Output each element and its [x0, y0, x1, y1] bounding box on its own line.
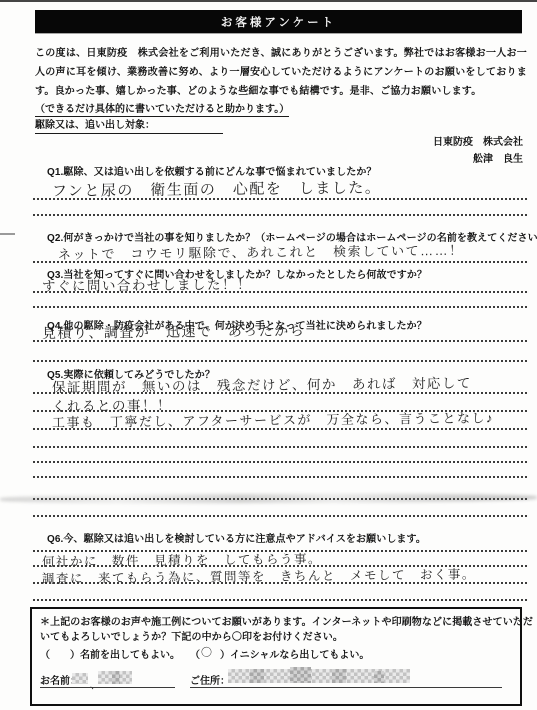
- redacted-name-mosaic: [98, 671, 132, 684]
- scanned-survey-document: お客様アンケート この度は、日東防疫 株式会社をご利用いただき、誠にありがとうご…: [0, 0, 537, 710]
- blank-line: [33, 461, 527, 463]
- title-banner: お客様アンケート: [35, 10, 522, 33]
- handwritten-answer-q2: ネットで コウモリ駆除で、あれこれと 検索していて……！: [58, 240, 464, 263]
- target-field: 駆除又は、追い出し対象：: [35, 116, 223, 134]
- handwritten-answer-q3: すぐに問い合わせしました！！: [42, 273, 252, 295]
- intro-paragraph: この度は、日東防疫 株式会社をご利用いただき、誠にありがとうございます。弊社では…: [35, 44, 527, 101]
- blank-line: [33, 599, 527, 601]
- option-show-initials: （ ）イニシャルなら出してもよい。 〇: [190, 646, 369, 661]
- signature-block: 日東防疫 株式会社 舩津 良生: [433, 134, 523, 168]
- address-label: ご住所：: [190, 676, 230, 687]
- scan-smudge-artifact: [0, 493, 537, 504]
- person-name: 舩津 良生: [433, 151, 523, 168]
- handwritten-answer-q1: フンと尿の 衛生面の 心配を しました。: [52, 177, 382, 201]
- consent-box: ＊上記のお客様のお声や施工例についてお願いがあります。インターネットや印刷物など…: [30, 607, 522, 706]
- blank-line: [33, 214, 527, 216]
- blank-line: [33, 360, 527, 362]
- form-title: お客様アンケート: [221, 14, 336, 30]
- company-name: 日東防疫 株式会社: [433, 134, 523, 151]
- option-show-name: （ ）名前を出してもよい。: [40, 646, 180, 661]
- blank-line: [33, 446, 527, 448]
- redacted-name-mosaic: [72, 673, 88, 684]
- blank-line: [33, 306, 527, 308]
- question-label-q1: Q1.駆除、又は追い出しを依頼する前にどんな事で悩まれていましたか？: [47, 163, 377, 178]
- consent-text-line1: ＊上記のお客様のお声や施工例についてお願いがあります。インターネットや印刷物など…: [40, 613, 533, 628]
- redacted-address-mosaic: [228, 669, 410, 683]
- question-label-q6: Q6.今、駆除又は追い出しを検討している方に注意点やアドバイスをお願いします。: [47, 530, 426, 545]
- blank-line: [33, 515, 527, 517]
- target-label: 駆除又は、追い出し対象：: [35, 120, 155, 131]
- scan-edge-artifact: [0, 0, 537, 2]
- consent-text-line2: いてもよろしいでしょうか？下記の中から〇印をお付けください。: [40, 628, 343, 643]
- handwritten-circle-mark: 〇: [200, 643, 213, 660]
- intro-note: （できるだけ具体的に書いていただけると助かります。）: [35, 100, 289, 117]
- blank-line: [33, 476, 527, 478]
- scan-edge-artifact: [0, 233, 15, 235]
- handwritten-answer-q4: 見積り、調査が 迅速で あったから: [42, 320, 306, 343]
